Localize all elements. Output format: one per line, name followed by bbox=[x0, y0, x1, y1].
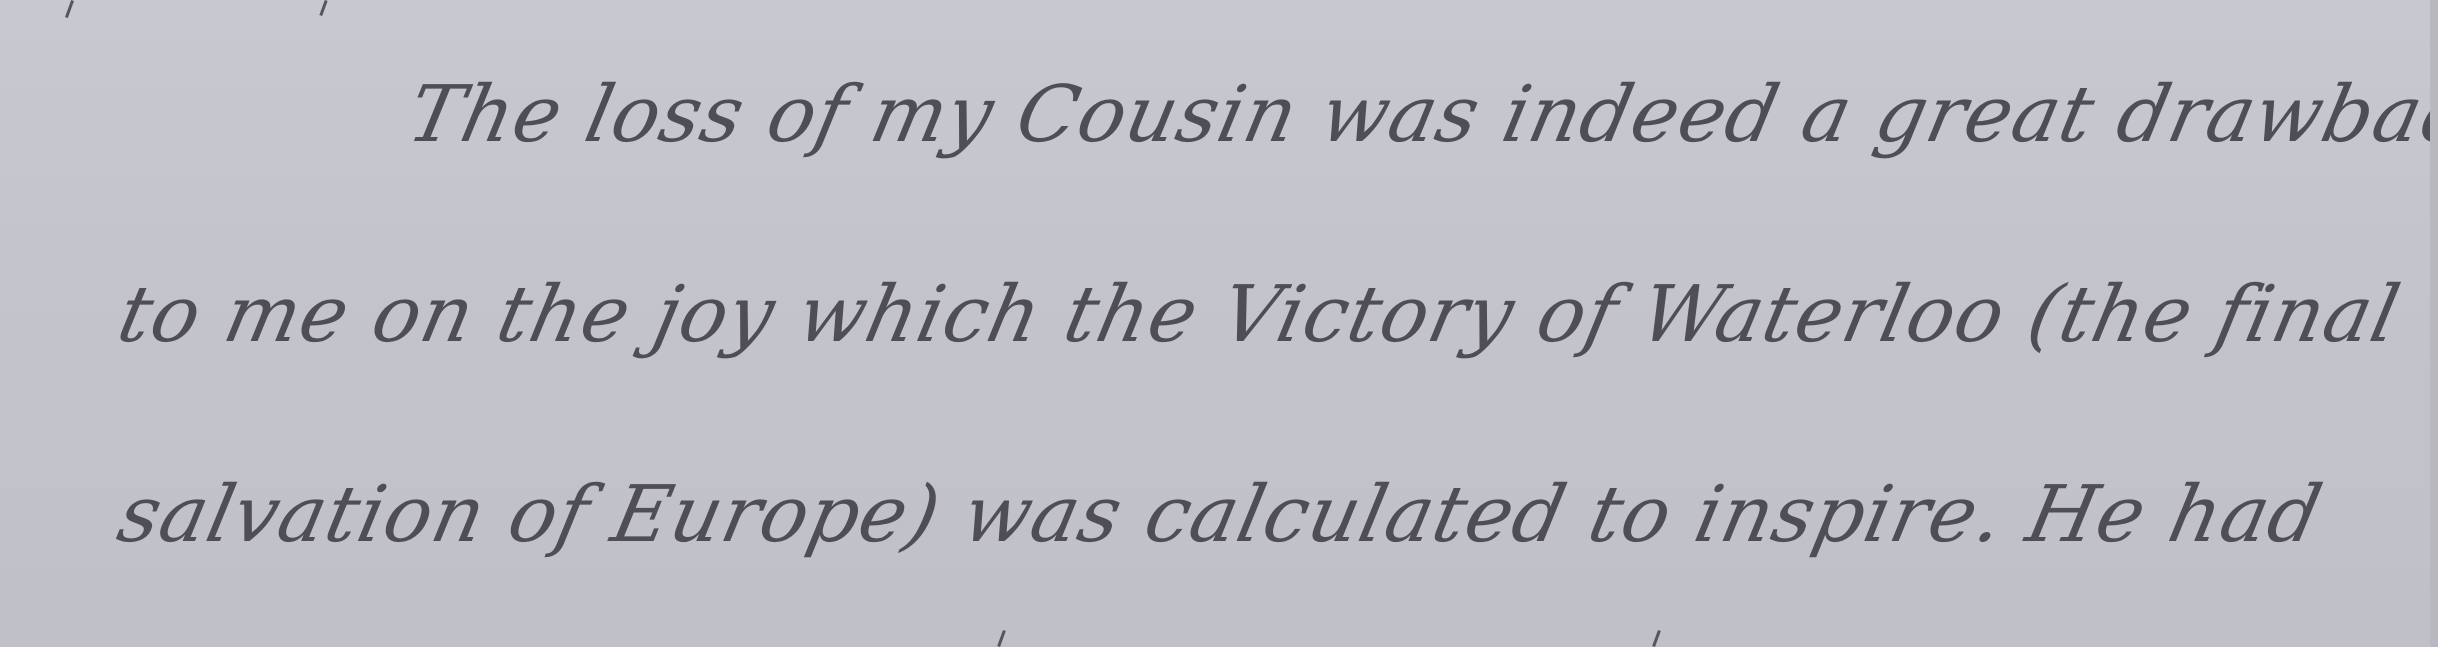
ink-stroke-fragment bbox=[65, 0, 74, 18]
page-edge bbox=[2430, 0, 2438, 647]
ink-stroke-fragment bbox=[1652, 630, 1661, 647]
manuscript-page: The loss of my Cousin was indeed a great… bbox=[0, 0, 2438, 647]
handwritten-line-1: The loss of my Cousin was indeed a great… bbox=[400, 70, 2438, 160]
handwritten-line-2: to me on the joy which the Victory of Wa… bbox=[110, 270, 2407, 360]
ink-stroke-fragment bbox=[319, 0, 327, 16]
ink-stroke-fragment bbox=[997, 630, 1006, 647]
handwritten-line-3: salvation of Europe) was calculated to i… bbox=[110, 470, 2330, 560]
